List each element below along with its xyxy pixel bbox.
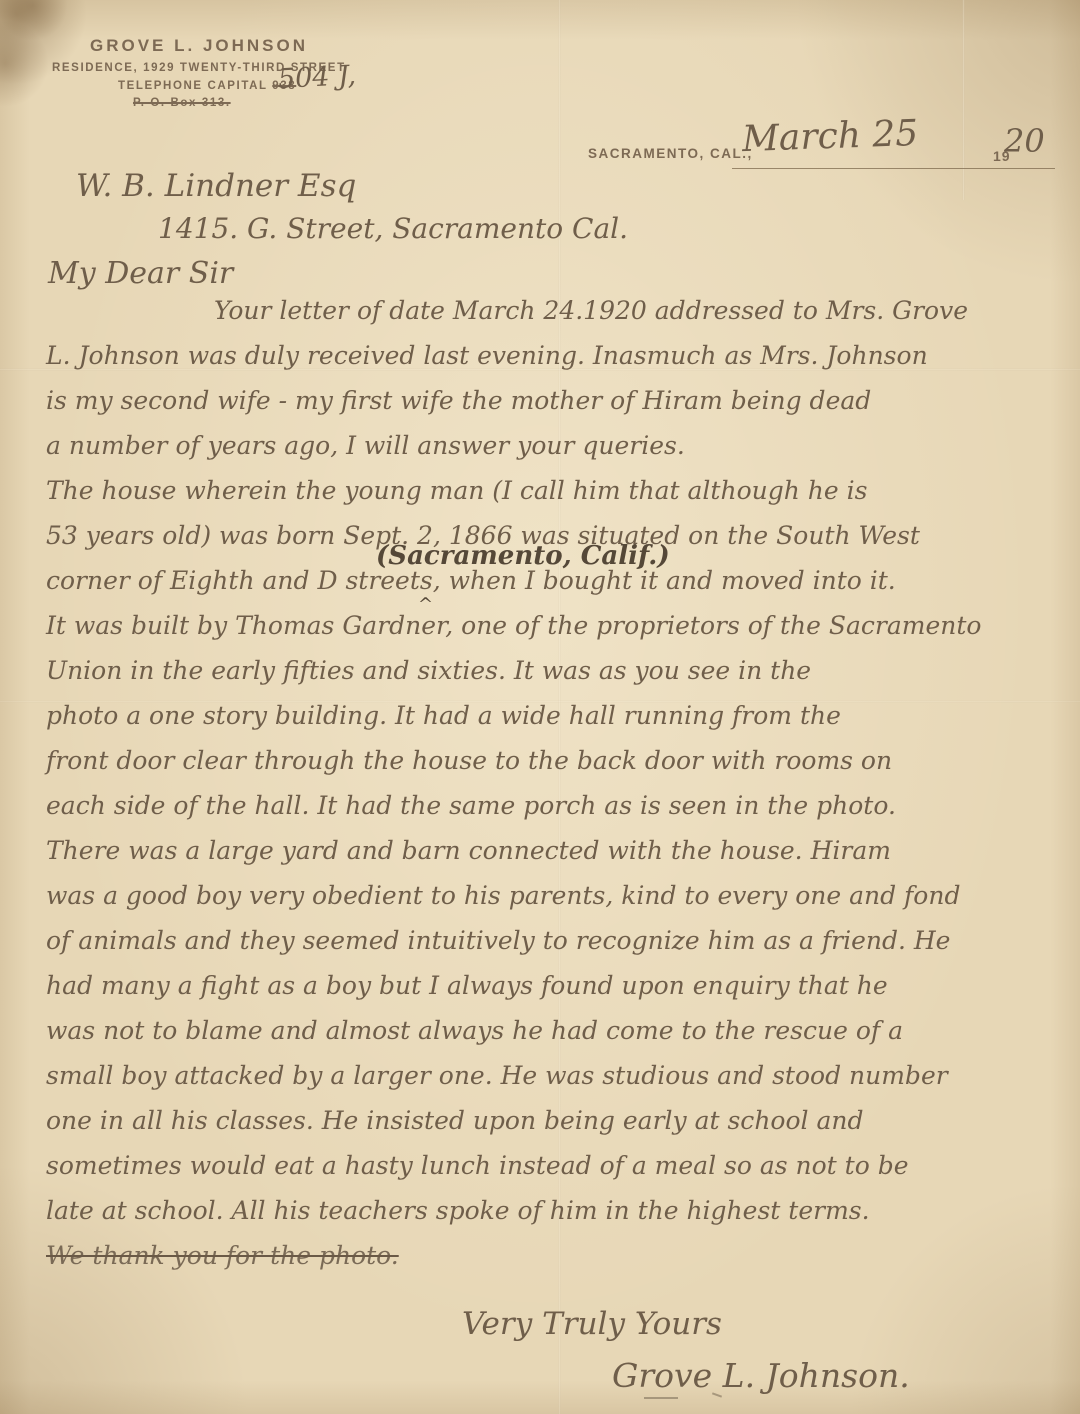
- body-line: front door clear through the house to th…: [46, 738, 1051, 783]
- body-line: photo a one story building. It had a wid…: [46, 693, 1051, 738]
- salutation: My Dear Sir: [48, 256, 233, 291]
- interlineation-sacramento-calif: (Sacramento, Calif.): [376, 534, 670, 579]
- body-line-text: photo a one story building. It had a wid…: [46, 701, 841, 730]
- body-line: There was a large yard and barn connecte…: [46, 828, 1051, 873]
- body-line: each side of the hall. It had the same p…: [46, 783, 1051, 828]
- body-line: The house wherein the young man (I call …: [46, 468, 1051, 513]
- body-line-text: L. Johnson was duly received last evenin…: [46, 341, 928, 370]
- dateline-year-handwritten: 20: [1004, 122, 1045, 160]
- pencil-smudge-1: [644, 1397, 678, 1399]
- body-line-text: The house wherein the young man (I call …: [46, 476, 867, 505]
- body-line-text: was a good boy very obedient to his pare…: [46, 881, 960, 910]
- body-line: sometimes would eat a hasty lunch instea…: [46, 1143, 1051, 1188]
- body-line-text: had many a fight as a boy but I always f…: [46, 971, 888, 1000]
- body-line: was a good boy very obedient to his pare…: [46, 873, 1051, 918]
- body-line-text: is my second wife - my first wife the mo…: [46, 386, 871, 415]
- body-line: one in all his classes. He insisted upon…: [46, 1098, 1051, 1143]
- body-line: small boy attacked by a larger one. He w…: [46, 1053, 1051, 1098]
- letterhead-telephone: TELEPHONE CAPITAL 938: [118, 80, 296, 92]
- letterhead-pobox: P. O. Box 313.: [133, 97, 231, 109]
- body-line-text: small boy attacked by a larger one. He w…: [46, 1061, 948, 1090]
- body-line: It was built by Thomas Gardner, one of t…: [46, 603, 1051, 648]
- body-line-text: a number of years ago, I will answer you…: [46, 431, 685, 460]
- body-line: had many a fight as a boy but I always f…: [46, 963, 1051, 1008]
- body-line: is my second wife - my first wife the mo…: [46, 378, 1051, 423]
- body-line: Your letter of date March 24.1920 addres…: [46, 288, 1051, 333]
- body-line-text: Your letter of date March 24.1920 addres…: [214, 296, 968, 325]
- recipient-address: 1415. G. Street, Sacramento Cal.: [158, 212, 628, 245]
- body-line: We thank you for the photo.: [46, 1233, 1051, 1278]
- body-line-text: We thank you for the photo.: [46, 1241, 399, 1270]
- letter-body: Your letter of date March 24.1920 addres…: [46, 288, 1051, 1278]
- body-line: corner of Eighth and D streets, when I b…: [46, 558, 1051, 603]
- body-line: a number of years ago, I will answer you…: [46, 423, 1051, 468]
- letterhead-telephone-prefix: TELEPHONE CAPITAL: [118, 80, 267, 92]
- body-line-text: Union in the early fifties and sixties. …: [46, 656, 811, 685]
- body-line-text: one in all his classes. He insisted upon…: [46, 1106, 863, 1135]
- dateline-rule-short: [987, 168, 1055, 169]
- body-line-text: late at school. All his teachers spoke o…: [46, 1196, 870, 1225]
- letterhead-new-phone-handwritten: 504 J,: [277, 60, 356, 95]
- body-line-text: of animals and they seemed intuitively t…: [46, 926, 950, 955]
- dateline-place: SACRAMENTO, CAL.,: [588, 146, 753, 161]
- body-line: of animals and they seemed intuitively t…: [46, 918, 1051, 963]
- body-line: was not to blame and almost always he ha…: [46, 1008, 1051, 1053]
- body-line-text: front door clear through the house to th…: [46, 746, 892, 775]
- letterhead-name: GROVE L. JOHNSON: [90, 36, 308, 56]
- valediction: Very Truly Yours: [462, 1306, 722, 1342]
- dateline-rule-long: [732, 168, 987, 169]
- letter-page: GROVE L. JOHNSON RESIDENCE, 1929 TWENTY-…: [0, 0, 1080, 1414]
- recipient-name: W. B. Lindner Esq: [76, 168, 356, 204]
- dateline-date-handwritten: March 25: [741, 113, 918, 160]
- body-line-text: each side of the hall. It had the same p…: [46, 791, 896, 820]
- body-line-text: sometimes would eat a hasty lunch instea…: [46, 1151, 909, 1180]
- fold-crease-vertical-topright: [962, 0, 965, 200]
- body-line-text: There was a large yard and barn connecte…: [46, 836, 891, 865]
- body-line-text: was not to blame and almost always he ha…: [46, 1016, 903, 1045]
- signature: Grove L. Johnson.: [612, 1356, 910, 1395]
- body-line: late at school. All his teachers spoke o…: [46, 1188, 1051, 1233]
- body-line: L. Johnson was duly received last evenin…: [46, 333, 1051, 378]
- body-line-text: It was built by Thomas Gardner, one of t…: [46, 611, 982, 640]
- body-line: Union in the early fifties and sixties. …: [46, 648, 1051, 693]
